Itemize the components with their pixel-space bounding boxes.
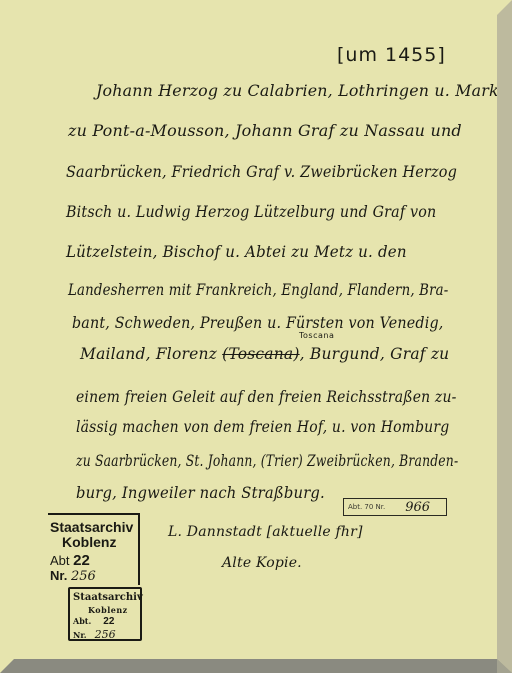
page-edge-bottom [0, 659, 512, 673]
handwritten-line: einem freien Geleit auf den freien Reich… [76, 388, 457, 406]
stamp-city: Koblenz [62, 534, 116, 550]
reference-label: Abt. 70 Nr. [348, 503, 385, 511]
archive-reference-box: Abt. 70 Nr. 966 [343, 498, 447, 516]
document-page: [um 1455] Johann Herzog zu Calabrien, Lo… [0, 0, 497, 659]
handwritten-line-start: Mailand, Florenz (Toscana), Burgund, Gra… [80, 345, 449, 363]
struck-word: (Toscana) [222, 345, 299, 363]
stamp-title: Staatsarchiv [73, 592, 143, 603]
stamp-nr: Nr. 256 [50, 568, 96, 584]
signature-line: L. Dannstadt [aktuelle fhr] [168, 524, 363, 540]
stamp-abt: Abt.22 [73, 616, 114, 627]
handwritten-segment: Mailand, Florenz [80, 345, 217, 363]
archive-stamp-secondary: Staatsarchiv Koblenz Abt.22 Nr.256 [68, 587, 142, 641]
page-edge-right [497, 0, 512, 673]
handwritten-line: lässig machen von dem freien Hof, u. von… [76, 418, 449, 436]
handwritten-line: Johann Herzog zu Calabrien, Lothringen u… [96, 82, 512, 100]
handwritten-line: zu Saarbrücken, St. Johann, (Trier) Zwei… [76, 452, 458, 470]
archive-stamp-primary: Staatsarchiv Koblenz Abt 22 Nr. 256 [48, 513, 140, 585]
stamp-title: Staatsarchiv [50, 519, 133, 535]
handwritten-line: bant, Schweden, Preußen u. Fürsten von V… [72, 314, 443, 332]
reference-number: 966 [405, 500, 430, 515]
handwritten-line: Landesherren mit Frankreich, England, Fl… [68, 281, 448, 299]
handwritten-line: burg, Ingweiler nach Straßburg. [76, 484, 325, 502]
handwritten-line: Saarbrücken, Friedrich Graf v. Zweibrück… [66, 163, 457, 181]
stamp-nr: Nr.256 [73, 628, 116, 641]
handwritten-line: zu Pont-a-Mousson, Johann Graf zu Nassau… [68, 122, 462, 140]
inserted-word: Toscana [299, 331, 334, 340]
stamp-abt: Abt 22 [50, 552, 90, 569]
handwritten-line: Lützelstein, Bischof u. Abtei zu Metz u.… [66, 243, 407, 261]
date-annotation: [um 1455] [337, 44, 446, 66]
closing-note: Alte Kopie. [222, 555, 302, 571]
handwritten-segment: , Burgund, Graf zu [300, 345, 450, 363]
stamp-city: Koblenz [88, 605, 128, 615]
handwritten-line: Bitsch u. Ludwig Herzog Lützelburg und G… [66, 203, 436, 221]
